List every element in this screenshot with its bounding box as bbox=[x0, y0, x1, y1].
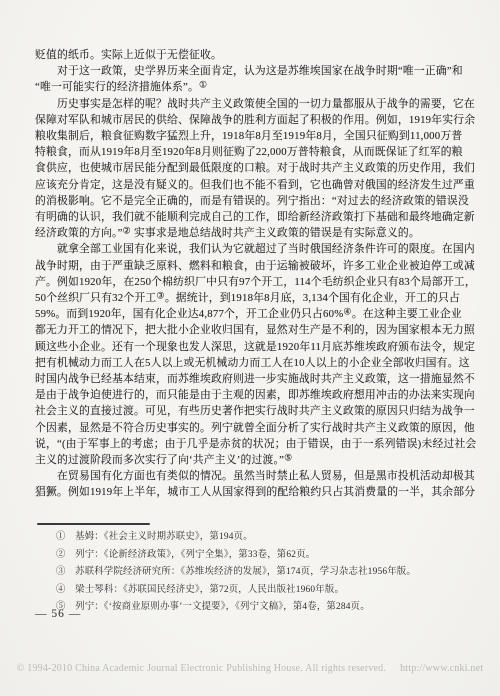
body-text-line: 产。例如1920年，在250个棉纺织厂中只有97个开工，114个毛纺织企业只有8… bbox=[35, 274, 469, 290]
document-page: 贬值的纸币。实际上近似于无偿征收。 对于这一政策，史学界历来全面肯定，认为这是苏… bbox=[0, 0, 500, 696]
scan-footer: © 1994-2010 China Academic Journal Elect… bbox=[0, 663, 500, 674]
body-text-line: 顾这些小企业。还有一个现象也发人深思，这就是1920年11月底苏维埃政府颁布法令… bbox=[35, 339, 469, 355]
body-text-line: 特粮食，而从1919年8月至1920年8月则征购了22,000万普特粮食，从而既… bbox=[35, 144, 469, 160]
body-text-line: 的消极影响。它不是完全正确的，而是有错误的。列宁指出：“对过去的经济政策的错误没 bbox=[35, 193, 469, 209]
body-text-line: 主义的过渡阶段而多次实行了向‘共产主义’的过渡。”⑤ bbox=[35, 452, 469, 468]
footnote-entry: ② 列宁：《论新经济政策》，《列宁全集》，第33卷，第62页。 bbox=[56, 547, 466, 565]
footnote-entry: ③ 苏联科学院经济研究所：《苏维埃经济的发展》，第174页，学习杂志社1956年… bbox=[56, 564, 466, 582]
body-text-line: 就拿全部工业国有化来说，我们认为它就超过了当时俄国经济条件许可的限度。在国内 bbox=[35, 241, 469, 257]
body-text-line: 应该充分肯定，这是没有疑义的。但我们也不能不看到，它也确曾对俄国的经济发生过严重 bbox=[35, 177, 469, 193]
footnote-entry: ④ 梁士琴科：《苏联国民经济史》，第72页，人民出版社1960年版。 bbox=[56, 582, 466, 600]
body-text-line: 把有机械动力而工人在5人以上或无机械动力而工人在10人以上的小企业全部收归国有。… bbox=[35, 355, 469, 371]
footnote-separator-rule bbox=[37, 523, 150, 525]
body-text-line: 有明确的认识，我们就不能顺利完成自己的工作，即给新经济政策打下基础和最终地确定新 bbox=[35, 209, 469, 225]
body-text-line: 是由于战争迫使进行的，而只能是由于主观的因素，即苏维埃政府想用冲击的办法来实现向 bbox=[35, 387, 469, 403]
body-text-line: 对于这一政策，史学界历来全面肯定，认为这是苏维埃国家在战争时期“唯一正确”和 bbox=[35, 63, 469, 79]
footnote-entry: ① 基姆：《社会主义时期苏联史》，第194页。 bbox=[56, 529, 466, 547]
body-text-line: “唯一可能实行的经济措施体系”。① bbox=[35, 79, 469, 95]
body-text-line: 个因素，显然是不符合历史事实的。列宁就曾全面分析了实行战时共产主义政策的原因，他 bbox=[35, 420, 469, 436]
page-number: — 56 — bbox=[35, 608, 81, 620]
body-text-line: 战争时期，由于严重缺乏原料、燃料和粮食，由于运输被破坏，许多工业企业被迫停工或减 bbox=[35, 258, 469, 274]
body-text-line: 在贸易国有化方面也有类似的情况。虽然当时禁止私人贸易，但是黑市投机活动却极其 bbox=[35, 468, 469, 484]
body-text-line: 保障对军队和城市居民的供给、保障战争的胜利方面起了积极的作用。例如，1919年实… bbox=[35, 112, 469, 128]
body-text-line: 时国内战争已经基本结束，而苏维埃政府则进一步实施战时共产主义政策，这一措施显然不 bbox=[35, 371, 469, 387]
body-text-line: 经济政策的方向。”② 实事求是地总结战时共产主义政策的错误是有实际意义的。 bbox=[35, 225, 469, 241]
body-text-line: 50个丝织厂只有32个开工③。据统计，到1918年8月底，3,134个国有化企业… bbox=[35, 290, 469, 306]
footnote-entry: ⑤ 列宁：《‘按商业原则办事’一文提要》，《列宁文稿》，第4卷，第284页。 bbox=[56, 599, 466, 617]
body-text-line: 社会主义的直接过渡。可见，有些历史著作把实行战时共产主义政策的原因只归结为战争一 bbox=[35, 403, 469, 419]
body-text-line: 历史事实是怎样的呢？战时共产主义政策使全国的一切力量都服从于战争的需要，它在 bbox=[35, 96, 469, 112]
body-text-line: 59%。而到1920年，国有化企业达4,877个，开工企业仍只占60%④。在这种… bbox=[35, 306, 469, 322]
footnotes-block: ① 基姆：《社会主义时期苏联史》，第194页。② 列宁：《论新经济政策》，《列宁… bbox=[56, 529, 466, 617]
body-text-line: 都无力开工的情况下，把大批小企业收归国有，显然对生产是不利的，因为国家根本无力照 bbox=[35, 322, 469, 338]
body-text-line: 猖獗。例如1919年上半年，城市工人从国家得到的配给粮约只占其消费量的一半，其余… bbox=[35, 484, 469, 500]
body-text: 贬值的纸币。实际上近似于无偿征收。 对于这一政策，史学界历来全面肯定，认为这是苏… bbox=[35, 47, 469, 501]
body-text-line: 食供应，也使城市居民能分配到最低限度的口粮。对于战时共产主义政策的历史作用，我们 bbox=[35, 160, 469, 176]
body-text-line: 粮收集制后，粮食征购数字猛烈上升，1918年8月至1919年8月，全国只征购到1… bbox=[35, 128, 469, 144]
copyright-text: © 1994-2010 China Academic Journal Elect… bbox=[17, 663, 386, 674]
body-text-line: 说，“(由于军事上的考虑；由于几乎是赤贫的状况；由于错误，由于一系列错误)未经过… bbox=[35, 436, 469, 452]
body-text-line: 贬值的纸币。实际上近似于无偿征收。 bbox=[35, 47, 469, 63]
footer-url: http://www.cnki.net bbox=[400, 663, 483, 674]
